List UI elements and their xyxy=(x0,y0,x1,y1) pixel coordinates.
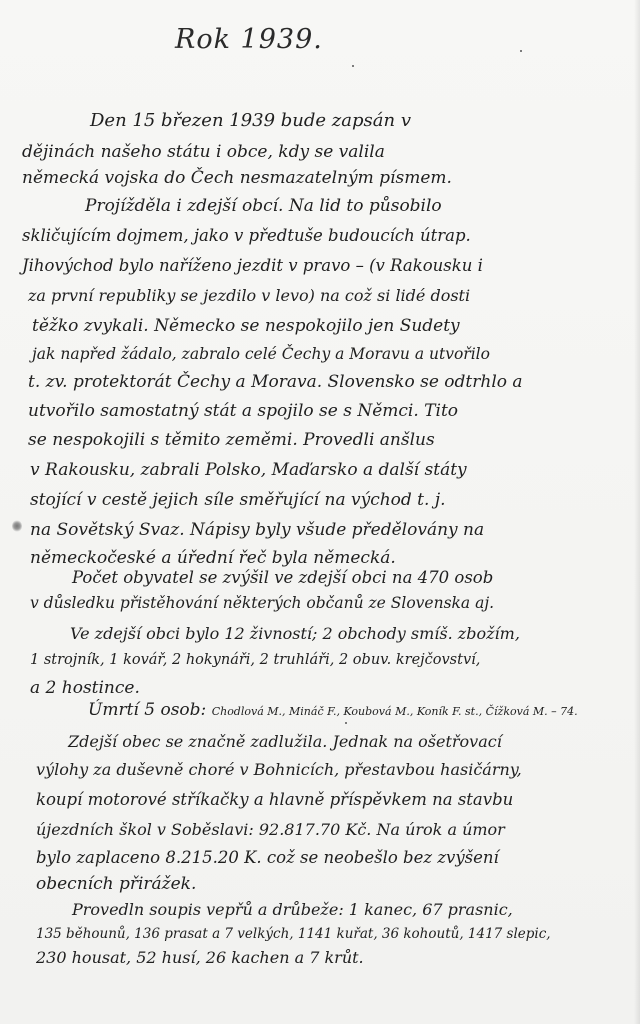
text-line: jak napřed žádalo, zabralo celé Čechy a … xyxy=(32,345,490,363)
page-title: Rok 1939. xyxy=(175,24,323,55)
ink-speck xyxy=(520,50,522,52)
deaths-label: Úmrtí 5 osob: xyxy=(88,700,206,720)
text-line: za první republiky se jezdilo v levo) na… xyxy=(28,286,470,305)
text-line: výlohy za duševně choré v Bohnicích, pře… xyxy=(36,760,522,779)
deaths-line: Úmrtí 5 osob: Chodlová M., Mináč F., Kou… xyxy=(88,700,578,720)
text-line: újezdních škol v Soběslavi: 92.817.70 Kč… xyxy=(36,820,505,839)
text-line: těžko zvykali. Německo se nespokojilo je… xyxy=(32,316,460,336)
page-edge-shadow xyxy=(634,0,640,1024)
text-line: 1 strojník, 1 kovář, 2 hokynáři, 2 truhl… xyxy=(30,652,480,668)
text-line: Ve zdejší obci bylo 12 živností; 2 obcho… xyxy=(70,624,520,643)
deaths-names: Chodlová M., Mináč F., Koubová M., Koník… xyxy=(212,705,578,718)
text-line: skličujícím dojmem, jako v předtuše budo… xyxy=(22,226,471,245)
text-line: dějinách našeho státu i obce, kdy se val… xyxy=(22,142,385,162)
ink-speck xyxy=(352,65,354,67)
text-line: a 2 hostince. xyxy=(30,678,140,698)
text-line: bylo zaplaceno 8.215.20 K. což se neobeš… xyxy=(36,848,499,867)
text-line: Den 15 březen 1939 bude zapsán v xyxy=(90,110,411,131)
text-line: Jihovýchod bylo naříženo jezdit v pravo … xyxy=(22,256,483,275)
text-line: utvořilo samostatný stát a spojilo se s … xyxy=(28,401,458,421)
text-line: německočeské a úřední řeč byla německá. xyxy=(30,548,396,568)
text-line: Zdejší obec se značně zadlužila. Jednak … xyxy=(68,732,502,751)
text-line: stojící v cestě jejich síle směřující na… xyxy=(30,490,446,510)
text-line: německá vojska do Čech nesmazatelným pís… xyxy=(22,168,452,188)
text-line: koupí motorové stříkačky a hlavně příspě… xyxy=(36,790,513,809)
text-line: 135 běhounů, 136 prasat a 7 velkých, 114… xyxy=(36,926,551,942)
text-line: na Sovětský Svaz. Nápisy byly všude před… xyxy=(30,520,484,540)
text-line: se nespokojili s těmito zeměmi. Provedli… xyxy=(28,430,435,450)
text-line: Počet obyvatel se zvýšil ve zdejší obci … xyxy=(72,568,493,587)
text-line: 230 housat, 52 husí, 26 kachen a 7 krůt. xyxy=(36,948,364,967)
ink-blot xyxy=(12,520,22,532)
text-line: Provedln soupis vepřů a drůbeže: 1 kanec… xyxy=(72,900,513,919)
text-line: v Rakousku, zabrali Polsko, Maďarsko a d… xyxy=(30,460,467,480)
text-line: v důsledku přistěhování některých občanů… xyxy=(30,594,494,612)
scanned-handwritten-page: Rok 1939. Den 15 březen 1939 bude zapsán… xyxy=(0,0,640,1024)
text-line: t. zv. protektorát Čechy a Morava. Slove… xyxy=(28,372,523,392)
text-line: obecních přirážek. xyxy=(36,874,196,894)
ink-speck xyxy=(345,722,347,724)
text-line: Projížděla i zdejší obcí. Na lid to půso… xyxy=(85,196,442,216)
